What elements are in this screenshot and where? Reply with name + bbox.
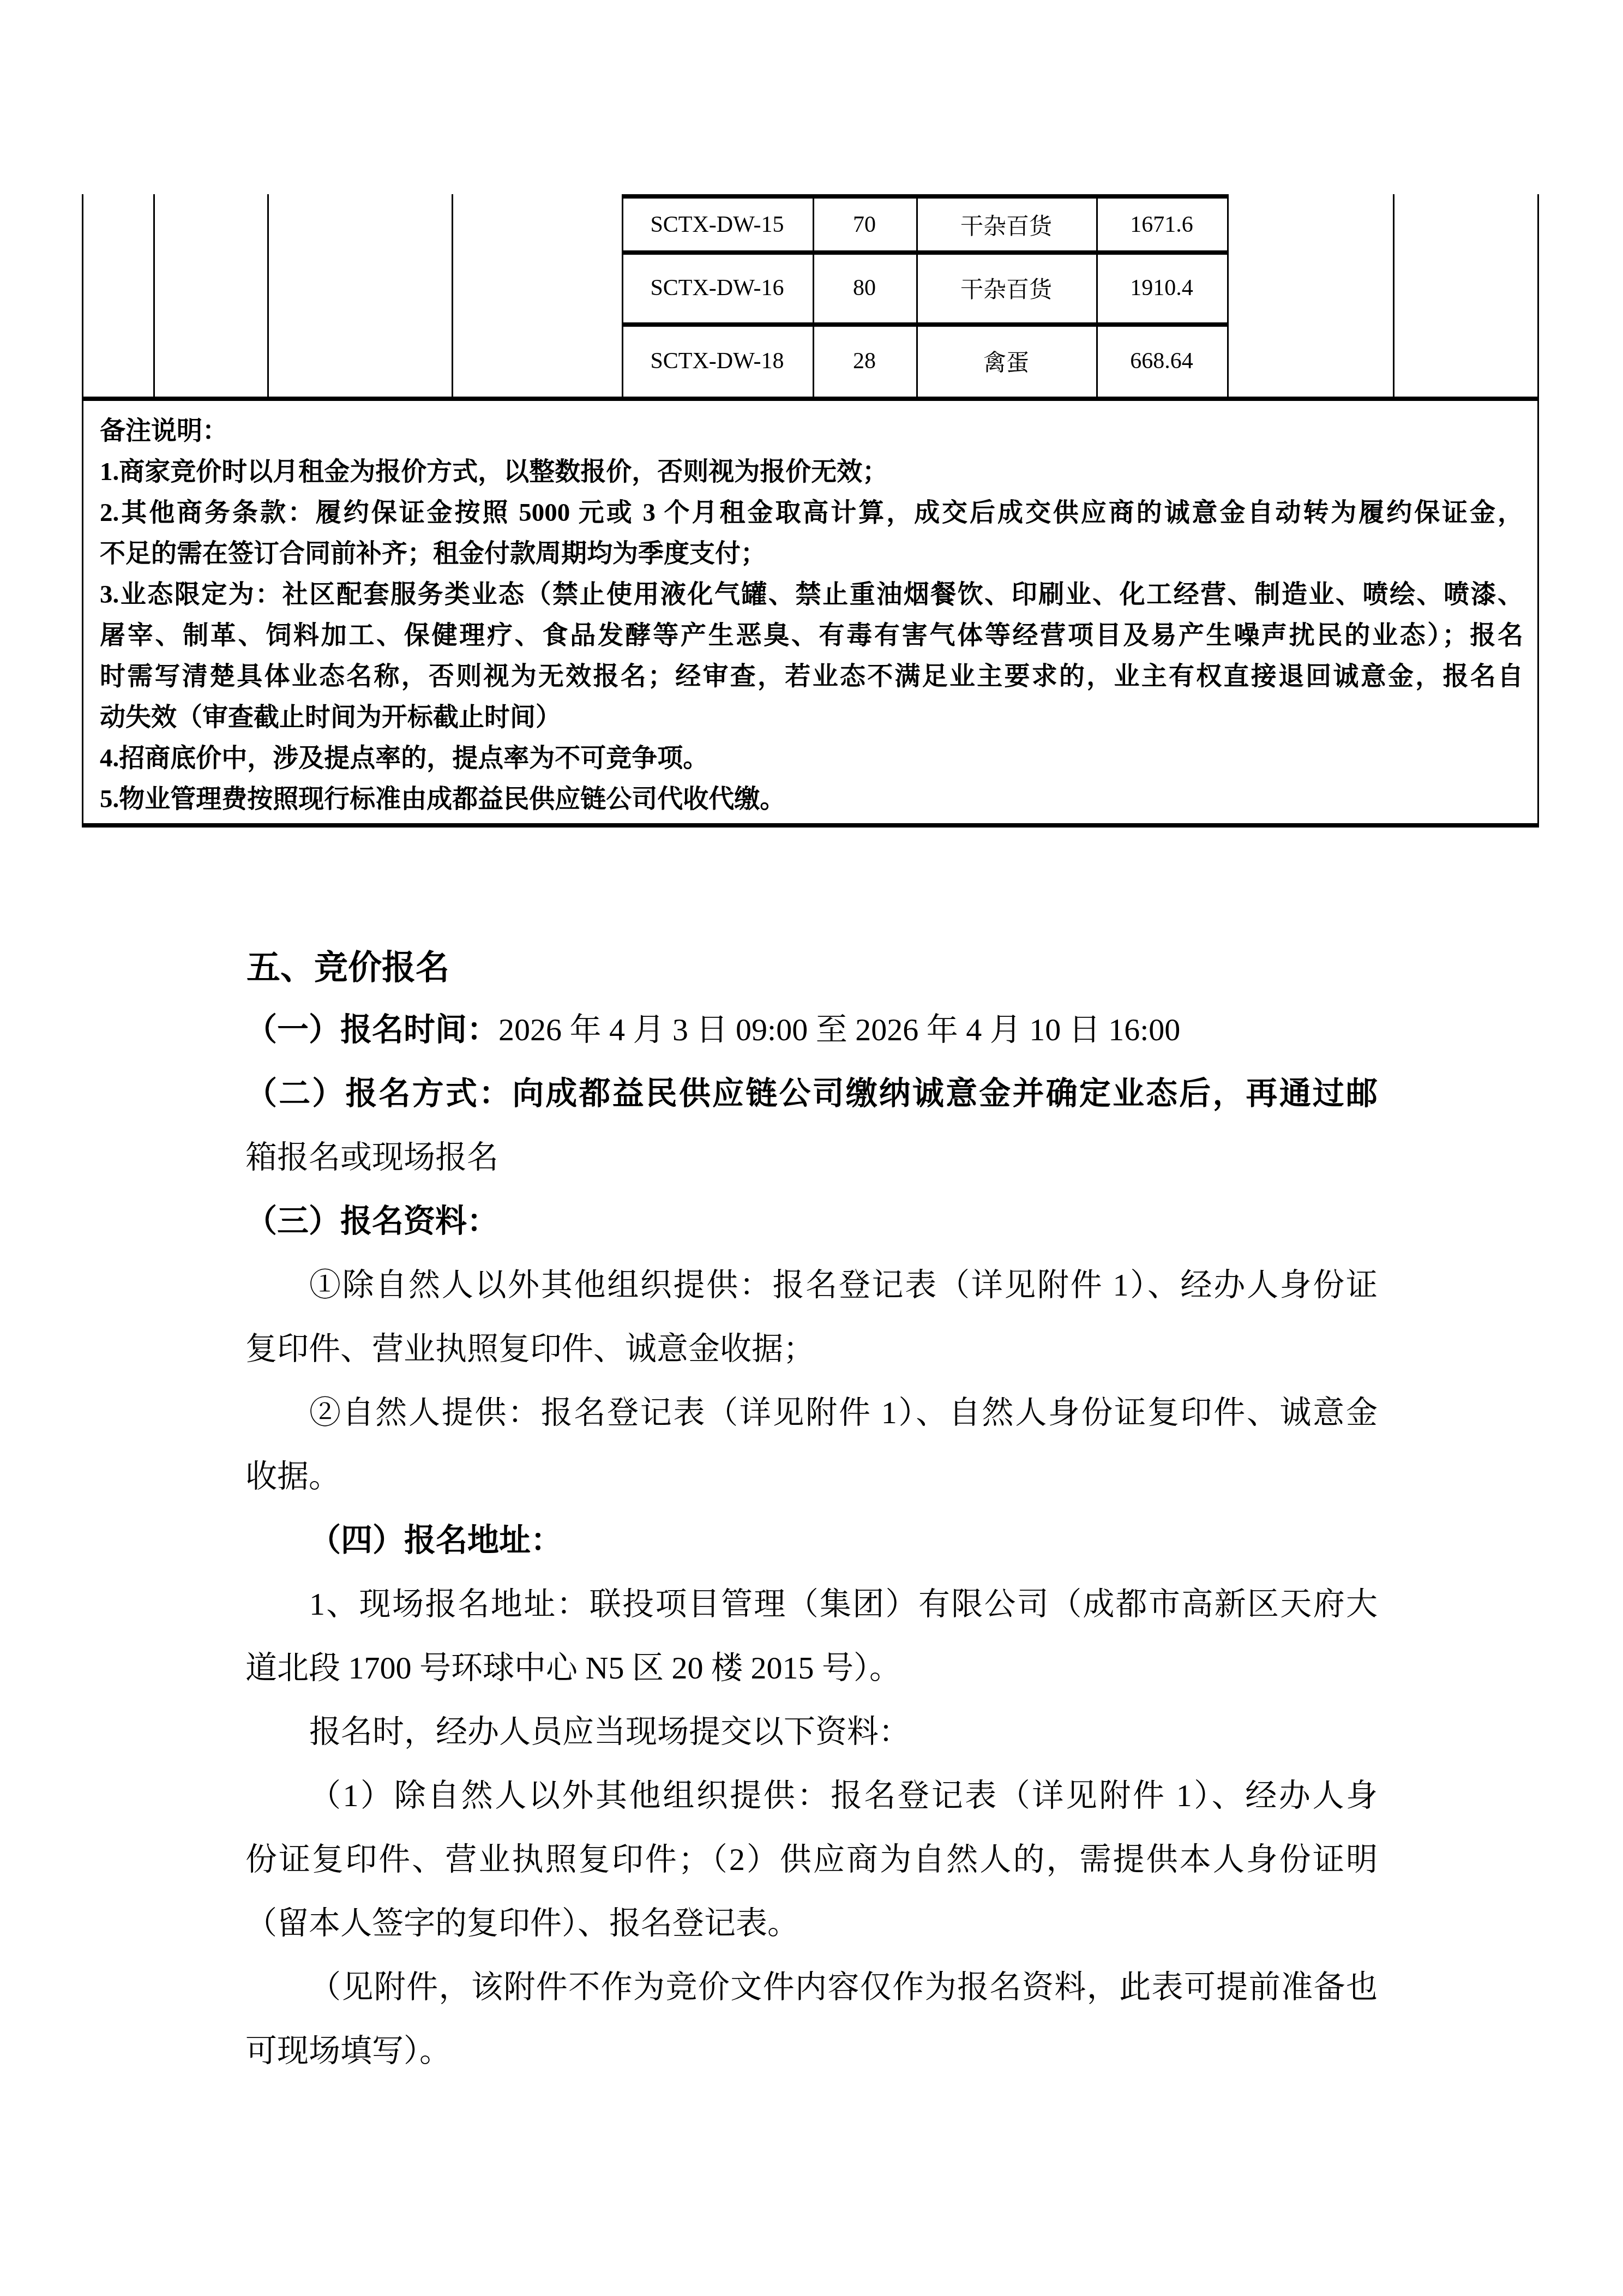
paragraph-onsite-materials-line3: （留本人签字的复印件）、报名登记表。: [245, 1903, 1378, 1944]
remark-line: 不足的需在签订合同前补齐；租金付款周期均为季度支付；: [100, 533, 1523, 574]
table-cell-area: 70: [814, 199, 915, 250]
table-cell-unit-code: SCTX-DW-16: [623, 255, 811, 321]
table-cell-business: 干杂百货: [918, 199, 1095, 250]
paragraph-address-line2: 道北段 1700 号环球中心 N5 区 20 楼 2015 号）。: [245, 1648, 1378, 1688]
remark-line: 5.物业管理费按照现行标准由成都益民供应链公司代收代缴。: [100, 779, 1523, 820]
paragraph-attachment-note-line1: （见附件，该附件不作为竞价文件内容仅作为报名资料，此表可提前准备也: [245, 1967, 1378, 2007]
paragraph-materials-org-line2: 复印件、营业执照复印件、诚意金收据；: [245, 1329, 1378, 1369]
table-grid-vline: [82, 194, 83, 397]
table-grid-hline: [622, 322, 1229, 327]
remark-line: 3.业态限定为：社区配套服务类业态（禁止使用液化气罐、禁止重油烟餐饮、印刷业、化…: [100, 574, 1523, 615]
paragraph-materials-org-line1: ①除自然人以外其他组织提供：报名登记表（详见附件 1）、经办人身份证: [245, 1265, 1378, 1305]
section-title: 五、竞价报名: [247, 945, 449, 991]
table-cell-business: 干杂百货: [918, 255, 1095, 321]
paragraph-signup-method-cont: 箱报名或现场报名: [245, 1137, 1378, 1178]
table-grid-vline: [267, 194, 269, 397]
table-grid-hline: [622, 194, 1229, 199]
table-grid-vline: [452, 194, 453, 397]
table-grid-vline: [153, 194, 155, 397]
document-page: SCTX-DW-15 70 干杂百货 1671.6 SCTX-DW-16 80 …: [0, 0, 1623, 2296]
paragraph-signup-time: （一）报名时间：2026 年 4 月 3 日 09:00 至 2026 年 4 …: [245, 1010, 1378, 1050]
remark-line: 2.其他商务条款：履约保证金按照 5000 元或 3 个月租金取高计算，成交后成…: [100, 493, 1523, 533]
table-cell-area: 80: [814, 255, 915, 321]
table-cell-business: 禽蛋: [918, 327, 1095, 395]
paragraph-signup-method: （二）报名方式：向成都益民供应链公司缴纳诚意金并确定业态后，再通过邮: [245, 1074, 1378, 1114]
paragraph-onsite-materials-line1: （1）除自然人以外其他组织提供：报名登记表（详见附件 1）、经办人身: [245, 1776, 1378, 1816]
paragraph-onsite-materials-line2: 份证复印件、营业执照复印件；（2）供应商为自然人的，需提供本人身份证明: [245, 1839, 1378, 1880]
remark-line: 屠宰、制革、饲料加工、保健理疗、食品发酵等产生恶臭、有毒有害气体等经营项目及易产…: [100, 615, 1523, 656]
paragraph-signup-materials-label: （三）报名资料：: [245, 1201, 1378, 1242]
remark-line: 动失效（审查截止时间为开标截止时间）: [100, 697, 1523, 738]
remark-line: 时需写清楚具体业态名称，否则视为无效报名；经审查，若业态不满足业主要求的，业主有…: [100, 656, 1523, 697]
paragraph-materials-person-line1: ②自然人提供：报名登记表（详见附件 1）、自然人身份证复印件、诚意金: [245, 1393, 1378, 1433]
table-cell-price: 668.64: [1098, 327, 1225, 395]
table-grid-vline: [1227, 194, 1229, 397]
paragraph-onsite-submit-intro: 报名时，经办人员应当现场提交以下资料：: [245, 1712, 1378, 1752]
table-cell-price: 1671.6: [1098, 199, 1225, 250]
paragraph-signup-address-label: （四）报名地址：: [245, 1520, 1378, 1561]
signup-time-label: （一）报名时间：: [245, 1012, 498, 1047]
paragraph-materials-person-line2: 收据。: [245, 1456, 1378, 1497]
remarks-box: 备注说明： 1.商家竞价时以月租金为报价方式，以整数报价，否则视为报价无效； 2…: [82, 397, 1539, 828]
table-cell-price: 1910.4: [1098, 255, 1225, 321]
table-cell-unit-code: SCTX-DW-15: [623, 199, 811, 250]
remark-line: 4.招商底价中，涉及提点率的，提点率为不可竞争项。: [100, 738, 1523, 779]
paragraph-attachment-note-line2: 可现场填写）。: [245, 2031, 1378, 2071]
table-cell-unit-code: SCTX-DW-18: [623, 327, 811, 395]
remark-line: 1.商家竞价时以月租金为报价方式，以整数报价，否则视为报价无效；: [100, 452, 1523, 493]
remarks-heading: 备注说明：: [100, 411, 1523, 452]
table-grid-hline: [622, 250, 1229, 255]
table-grid-vline: [1393, 194, 1394, 397]
table-cell-area: 28: [814, 327, 915, 395]
signup-time-value: 2026 年 4 月 3 日 09:00 至 2026 年 4 月 10 日 1…: [498, 1012, 1180, 1047]
table-grid-vline: [1537, 194, 1539, 397]
paragraph-address-line1: 1、现场报名地址：联投项目管理（集团）有限公司（成都市高新区天府大: [245, 1584, 1378, 1624]
